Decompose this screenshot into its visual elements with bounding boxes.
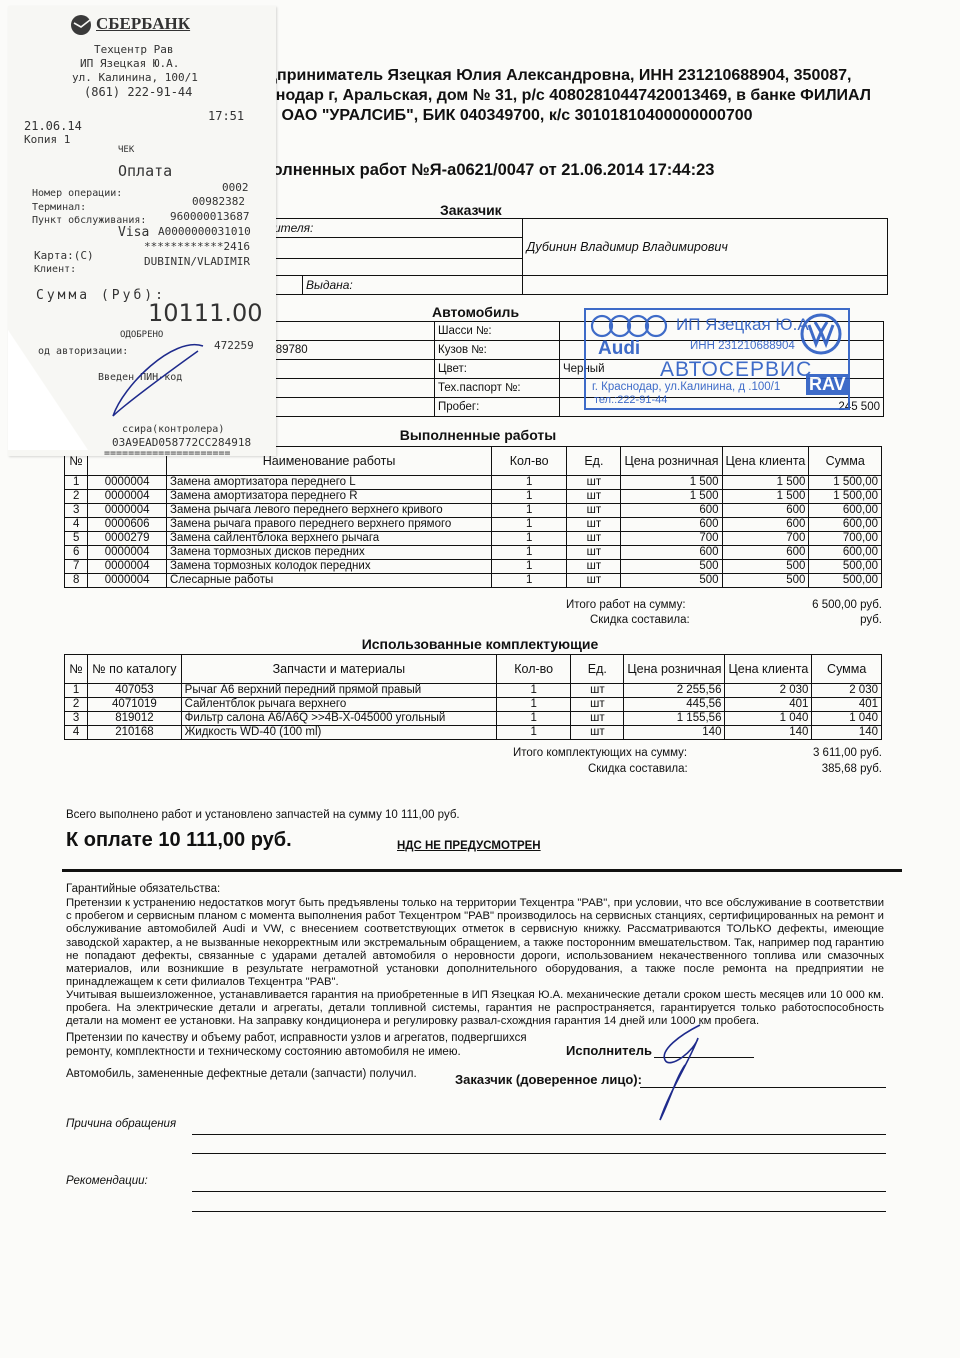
receipt-card-label: Карта:(C) (34, 249, 94, 262)
works-table: №Наименование работыКол-воЕд.Цена рознич… (64, 446, 882, 588)
works-cell: 0000004 (88, 560, 167, 574)
works-col-header: Кол-во (492, 447, 567, 476)
parts-cell: Сайлентблок рычага верхнего (181, 698, 496, 712)
parts-col-header: Запчасти и материалы (181, 655, 496, 684)
works-cell: 7 (65, 560, 88, 574)
works-cell: 500 (722, 574, 809, 588)
receipt-merchant: Техцентр Рав (94, 43, 173, 56)
receipt-separator: ===================== (104, 448, 230, 459)
parts-col-header: № по каталогу (88, 655, 182, 684)
passport-label: Тех.паспорт №: (435, 379, 560, 398)
parts-cell: Фильтр салона A6/A6Q >>4B-X-045000 уголь… (181, 712, 496, 726)
customer-name: Дубинин Владимир Владимирович (523, 219, 888, 276)
receipt-op-label: Номер операции: (32, 188, 122, 199)
claims-text-1: Претензии по качеству и объему работ, ис… (66, 1032, 527, 1044)
parts-cell: 401 (725, 698, 812, 712)
vin-value: N089780 (258, 341, 435, 360)
parts-cell: 3 (65, 712, 88, 726)
works-cell: 1 500,00 (809, 476, 882, 490)
works-cell: 4 (65, 518, 88, 532)
receipt-copy: Копия 1 (24, 133, 70, 146)
warranty-title: Гарантийные обязательства: (66, 883, 220, 895)
table-row: 80000004Слесарные работы1шт500500500,00 (65, 574, 882, 588)
works-cell: 600 (722, 518, 809, 532)
customer-section-title: Заказчик (440, 202, 540, 218)
table-row: 3819012Фильтр салона A6/A6Q >>4B-X-04500… (65, 712, 882, 726)
works-cell: 600,00 (809, 518, 882, 532)
parts-cell: 1 155,56 (624, 712, 725, 726)
reason-line-1[interactable] (192, 1134, 886, 1135)
table-row: 60000004Замена тормозных дисков передних… (65, 546, 882, 560)
parts-cell: 1 (497, 698, 571, 712)
receipt-auth: 472259 (214, 339, 254, 352)
works-cell: шт (567, 560, 621, 574)
vw-logo-icon (800, 313, 842, 360)
works-cell: 1 500 (621, 476, 722, 490)
works-section-title: Выполненные работы (368, 427, 588, 443)
works-cell: 1 (492, 560, 567, 574)
works-cell: 1 (492, 490, 567, 504)
company-line-2: аснодар г, Аральская, дом № 31, р/с 4080… (258, 86, 871, 106)
parts-cell: 140 (725, 726, 812, 740)
parts-cell: 1 (497, 726, 571, 740)
works-cell: 0000606 (88, 518, 167, 532)
works-cell: 600 (621, 546, 722, 560)
company-line-1: едприниматель Язецкая Юлия Александровна… (258, 66, 852, 86)
parts-cell: 140 (624, 726, 725, 740)
works-cell: Замена рычага правого переднего верхнего… (167, 518, 492, 532)
parts-cell: 1 040 (725, 712, 812, 726)
parts-col-header: Сумма (812, 655, 882, 684)
parts-cell: шт (571, 726, 624, 740)
works-cell: 1 500 (621, 490, 722, 504)
works-cell: 1 (492, 504, 567, 518)
parts-cell: 1 (65, 684, 88, 698)
works-cell: 500 (722, 560, 809, 574)
parts-col-header: Кол-во (497, 655, 571, 684)
works-discount-label: Скидка составила: (590, 614, 690, 626)
received-text: Автомобиль, замененные дефектные детали … (66, 1068, 417, 1080)
parts-total-value: 3 611,00 руб. (760, 747, 882, 759)
chassis-label: Шасси №: (435, 322, 560, 341)
parts-cell: Жидкость WD-40 (100 ml) (181, 726, 496, 740)
works-cell: 1 (492, 574, 567, 588)
works-cell: шт (567, 546, 621, 560)
customer-signature-label: Заказчик (доверенное лицо): (455, 1072, 642, 1087)
receipt-sum: 10111.00 (148, 299, 263, 327)
receipt-street: ул. Калинина, 100/1 (72, 71, 198, 84)
works-cell: Замена амортизатора переднего L (167, 476, 492, 490)
works-cell: 0000004 (88, 574, 167, 588)
works-cell: 700 (722, 532, 809, 546)
table-row: 1407053Рычаг А6 верхний передний прямой … (65, 684, 882, 698)
table-row: 4210168Жидкость WD-40 (100 ml)1шт1401401… (65, 726, 882, 740)
works-cell: Слесарные работы (167, 574, 492, 588)
parts-col-header: Цена розничная (624, 655, 725, 684)
receipt-time: 17:51 (208, 109, 244, 123)
works-cell: 1 (492, 518, 567, 532)
works-cell: Замена рычага левого переднего верхнего … (167, 504, 492, 518)
receipt-doc-type: ЧЕК (118, 145, 134, 155)
vehicle-section-title: Автомобиль (432, 304, 552, 320)
receipt-terminal-label: Терминал: (32, 202, 86, 213)
works-discount-value: руб. (760, 614, 882, 626)
works-cell: 700,00 (809, 532, 882, 546)
works-cell: 1 500,00 (809, 490, 882, 504)
works-cell: 700 (621, 532, 722, 546)
vat-note: НДС НЕ ПРЕДУСМОТРЕН (397, 840, 541, 852)
works-cell: 0000004 (88, 490, 167, 504)
parts-cell: шт (571, 698, 624, 712)
receipt-operation: Оплата (118, 162, 172, 180)
receipt-phone: (861) 222-91-44 (84, 85, 192, 99)
parts-cell: 2 030 (725, 684, 812, 698)
grand-total-text: Всего выполнено работ и установлено запч… (66, 809, 460, 821)
document-title: ıполненных работ №Я-а0621/0047 от 21.06.… (258, 161, 714, 180)
parts-cell: шт (571, 684, 624, 698)
issued-label: Выдана: (303, 276, 523, 295)
parts-col-header: № (65, 655, 88, 684)
parts-cell: 2 255,56 (624, 684, 725, 698)
divider (62, 869, 902, 872)
works-cell: 1 (65, 476, 88, 490)
amount-to-pay: К оплате 10 111,00 руб. (66, 829, 292, 852)
recommendations-line-2[interactable] (192, 1211, 886, 1212)
works-col-header: Ед. (567, 447, 621, 476)
works-col-header: Цена клиента (722, 447, 809, 476)
works-cell: Замена амортизатора переднего R (167, 490, 492, 504)
parts-cell: Рычаг А6 верхний передний прямой правый (181, 684, 496, 698)
table-row: 20000004Замена амортизатора переднего R1… (65, 490, 882, 504)
company-stamp: Audi ИП Язецкая Ю.А. ИНН 231210688904 АВ… (584, 308, 850, 410)
parts-cell: 401 (812, 698, 882, 712)
parts-cell: шт (571, 712, 624, 726)
parts-cell: 2 (65, 698, 88, 712)
parts-cell: 140 (812, 726, 882, 740)
parts-section-title: Использованные комплектующие (330, 636, 630, 652)
works-cell: Замена сайлентблока верхнего рычага (167, 532, 492, 546)
works-cell: 5 (65, 532, 88, 546)
stamp-service: АВТОСЕРВИС (660, 358, 812, 382)
receipt-sum-label: Сумма (Руб): (36, 288, 166, 303)
receipt-card-type: Visa (118, 225, 149, 240)
stamp-phone: тел.:222-91-44 (594, 394, 667, 406)
works-cell: 500 (621, 560, 722, 574)
warranty-paragraph-1: Претензии к устранению недостатков могут… (66, 897, 884, 989)
receipt-ip: ИП Язецкая Ю.А. (80, 57, 179, 70)
works-cell: 500,00 (809, 574, 882, 588)
stamp-rav-logo: RAV (806, 374, 849, 395)
receipt-bank: СБЕРБАНК (96, 14, 190, 34)
parts-cell: 1 (497, 712, 571, 726)
parts-cell: 1 040 (812, 712, 882, 726)
works-cell: Замена тормозных дисков передних (167, 546, 492, 560)
parts-cell: 1 (497, 684, 571, 698)
receipt-signature-icon (103, 336, 213, 431)
works-cell: 600,00 (809, 546, 882, 560)
recommendations-line-1[interactable] (192, 1191, 886, 1192)
receipt-client: DUBININ/VLADIMIR (144, 255, 250, 268)
receipt-fold-corner (8, 330, 88, 450)
works-cell: 0000279 (88, 532, 167, 546)
works-cell: 6 (65, 546, 88, 560)
parts-table: №№ по каталогуЗапчасти и материалыКол-во… (64, 654, 882, 740)
parts-cell: 4071019 (88, 698, 182, 712)
parts-cell: 2 030 (812, 684, 882, 698)
representative-label: авителя: (258, 219, 523, 238)
works-cell: 600 (621, 518, 722, 532)
receipt-op-num: 0002 (222, 181, 249, 194)
customer-table: авителя: Дубинин Владимир Владимирович В… (258, 218, 888, 295)
receipt-card: ************2416 (144, 240, 250, 253)
works-col-header: Сумма (809, 447, 882, 476)
parts-total-label: Итого комплектующих на сумму: (513, 747, 687, 759)
recommendations-label: Рекомендации: (66, 1175, 148, 1187)
works-cell: 600 (722, 546, 809, 560)
reason-line-2[interactable] (192, 1153, 886, 1154)
works-cell: 2 (65, 490, 88, 504)
parts-cell: 210168 (88, 726, 182, 740)
works-cell: 0000004 (88, 476, 167, 490)
parts-discount-label: Скидка составила: (588, 763, 688, 775)
works-cell: 600 (621, 504, 722, 518)
parts-cell: 407053 (88, 684, 182, 698)
parts-cell: 445,56 (624, 698, 725, 712)
works-cell: 1 500 (722, 490, 809, 504)
works-cell: 500,00 (809, 560, 882, 574)
reason-label: Причина обращения (66, 1118, 176, 1130)
table-row: 50000279Замена сайлентблока верхнего рыч… (65, 532, 882, 546)
works-cell: 600,00 (809, 504, 882, 518)
table-row: 24071019Сайлентблок рычага верхнего1шт44… (65, 698, 882, 712)
color-label: Цвет: (435, 360, 560, 379)
works-cell: 0000004 (88, 546, 167, 560)
works-cell: шт (567, 574, 621, 588)
warranty-paragraph-2: Учитывая вышеизложенное, устанавливается… (66, 989, 884, 1029)
works-total-value: 6 500,00 руб. (760, 599, 882, 611)
works-cell: 1 (492, 532, 567, 546)
receipt-date: 21.06.14 (24, 119, 82, 133)
parts-col-header: Ед. (571, 655, 624, 684)
stamp-inn: ИНН 231210688904 (690, 340, 795, 352)
signature-scribble-icon (640, 1020, 730, 1130)
works-cell: 0000004 (88, 504, 167, 518)
table-row: 30000004Замена рычага левого переднего в… (65, 504, 882, 518)
receipt-point: 960000013687 (170, 210, 249, 223)
parts-cell: 819012 (88, 712, 182, 726)
works-cell: шт (567, 504, 621, 518)
works-cell: 8 (65, 574, 88, 588)
mileage-label: Пробег: (435, 398, 560, 417)
table-row: 40000606Замена рычага правого переднего … (65, 518, 882, 532)
works-cell: шт (567, 518, 621, 532)
table-row: 10000004Замена амортизатора переднего L1… (65, 476, 882, 490)
parts-cell: 4 (65, 726, 88, 740)
receipt-terminal: 00982382 (192, 195, 245, 208)
body-label: Кузов №: (435, 341, 560, 360)
stamp-name: ИП Язецкая Ю.А. (676, 315, 813, 335)
works-cell: шт (567, 476, 621, 490)
receipt-aid: A0000000031010 (158, 225, 251, 238)
receipt-client-label: Клиент: (34, 264, 76, 275)
works-cell: 1 (492, 476, 567, 490)
company-line-3: Й" ОАО "УРАЛСИБ", БИК 040349700, к/с 301… (258, 106, 753, 126)
stamp-address: г. Краснодар, ул.Калинина, д .100/1 (592, 381, 780, 393)
works-cell: шт (567, 490, 621, 504)
works-cell: 600 (722, 504, 809, 518)
stamp-audi: Audi (598, 338, 640, 360)
table-row: 70000004Замена тормозных колодок передни… (65, 560, 882, 574)
parts-discount-value: 385,68 руб. (760, 763, 882, 775)
works-total-label: Итого работ на сумму: (566, 599, 686, 611)
works-cell: Замена тормозных колодок передних (167, 560, 492, 574)
works-cell: 1 (492, 546, 567, 560)
works-cell: 3 (65, 504, 88, 518)
claims-text-2: ремонту, комплектности и техническому со… (66, 1046, 461, 1058)
sberbank-logo-icon (70, 14, 92, 39)
works-cell: шт (567, 532, 621, 546)
works-col-header: Цена розничная (621, 447, 722, 476)
parts-col-header: Цена клиента (725, 655, 812, 684)
works-cell: 500 (621, 574, 722, 588)
works-cell: 1 500 (722, 476, 809, 490)
